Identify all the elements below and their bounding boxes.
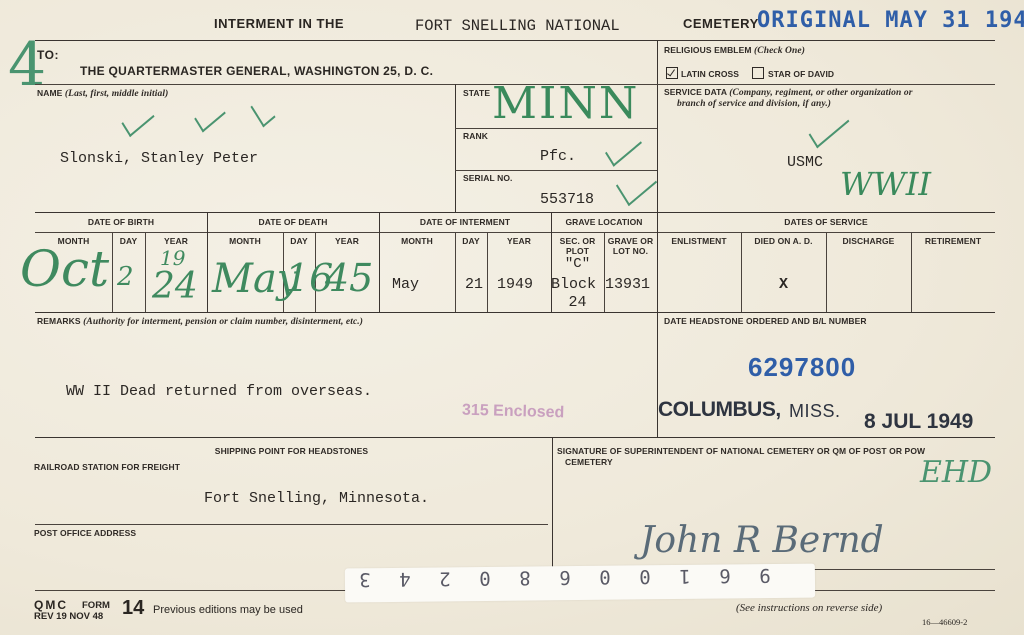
state-value: MINN: [492, 78, 639, 129]
sticker-digit: 3: [345, 568, 385, 590]
check-mark-icon: [809, 108, 850, 149]
railroad-station-label: RAILROAD STATION FOR FREIGHT: [34, 462, 180, 472]
sec-or-plot-col: SEC. ORPLOT: [551, 236, 604, 256]
birth-day-value: 2: [117, 262, 134, 292]
interment-day-value: 21: [465, 276, 483, 293]
check-mark-icon: [616, 162, 657, 206]
rank-label: RANK: [463, 131, 488, 141]
signature-label: SIGNATURE OF SUPERINTENDENT OF NATIONAL …: [557, 446, 925, 456]
death-day-col: DAY: [283, 236, 315, 246]
interment-month-col: MONTH: [379, 236, 455, 246]
sticker-digit: 0: [585, 566, 625, 588]
grave-block-number: 24: [551, 294, 604, 311]
instructions-note: (See instructions on reverse side): [736, 602, 882, 614]
railroad-station-value: Fort Snelling, Minnesota.: [204, 490, 429, 507]
interment-year-col: YEAR: [487, 236, 551, 246]
to-label: TO:: [37, 48, 59, 62]
interment-year-value: 1949: [497, 276, 533, 293]
interment-form-card: INTERMENT IN THE FORT SNELLING NATIONAL …: [0, 0, 1024, 635]
reference-number-sticker: 34208600169: [345, 564, 815, 603]
interment-month-value: May: [392, 276, 419, 293]
grave-section-value: "C": [551, 256, 604, 272]
service-data-label-note: branch of service and division, if any.): [677, 98, 831, 109]
remarks-label: REMARKS (Authority for interment, pensio…: [37, 316, 363, 327]
date-of-death-label: DATE OF DEATH: [207, 217, 379, 227]
shipping-point-label: SHIPPING POINT FOR HEADSTONES: [35, 446, 548, 456]
headstone-state: MISS.: [789, 401, 841, 422]
birth-month-value: Oct: [20, 240, 109, 298]
check-mark-icon: [121, 103, 154, 137]
state-label: STATE: [463, 88, 490, 98]
retirement-col: RETIREMENT: [911, 236, 995, 246]
dates-of-service-label: DATES OF SERVICE: [657, 217, 995, 227]
superintendent-signature: John R Bernd: [640, 520, 884, 561]
death-month-col: MONTH: [207, 236, 283, 246]
sticker-digit: 6: [545, 566, 585, 588]
rank-value: Pfc.: [540, 148, 576, 165]
print-code: 16—46609-2: [922, 617, 967, 627]
header-suffix: CEMETERY: [683, 16, 759, 31]
headstone-city: COLUMBUS,: [658, 398, 781, 422]
star-of-david-label: STAR OF DAVID: [768, 69, 834, 79]
sticker-digit: 0: [625, 565, 665, 587]
bl-number: 6297800: [748, 352, 856, 383]
latin-cross-checkbox[interactable]: [666, 67, 678, 79]
headstone-label: DATE HEADSTONE ORDERED AND B/L NUMBER: [664, 316, 867, 326]
birth-year-col: YEAR: [145, 236, 207, 246]
grave-lot-value: 13931: [605, 276, 650, 293]
check-mark-icon: [194, 100, 226, 133]
name-label: NAME (Last, first, middle initial): [37, 88, 168, 99]
check-mark-icon: [250, 97, 275, 128]
cemetery-name: FORT SNELLING NATIONAL: [415, 17, 620, 35]
sticker-digit: 0: [465, 567, 505, 589]
check-mark-icon: [605, 129, 642, 166]
name-value: Slonski, Stanley Peter: [60, 150, 258, 167]
birth-year-value: 24: [152, 266, 198, 307]
service-handwritten-wwii: WWII: [840, 165, 931, 203]
discharge-col: DISCHARGE: [826, 236, 911, 246]
service-data-label: SERVICE DATA (Company, regiment, or othe…: [664, 87, 913, 98]
post-office-label: POST OFFICE ADDRESS: [34, 528, 136, 538]
birth-day-col: DAY: [112, 236, 145, 246]
sticker-digit: 4: [385, 568, 425, 590]
original-date-stamp: ORIGINAL MAY 31 1949: [757, 8, 1024, 33]
service-data-value: USMC: [787, 154, 823, 171]
date-of-birth-label: DATE OF BIRTH: [35, 217, 207, 227]
sticker-digit: 1: [665, 565, 705, 587]
header-prefix: INTERMENT IN THE: [214, 16, 344, 31]
enclosed-stamp: 315 Enclosed: [462, 402, 565, 423]
grave-location-label: GRAVE LOCATION: [551, 217, 657, 227]
latin-cross-label: LATIN CROSS: [681, 69, 739, 79]
enlistment-col: ENLISTMENT: [657, 236, 741, 246]
date-of-interment-label: DATE OF INTERMENT: [379, 217, 551, 227]
headstone-date: 8 JUL 1949: [864, 410, 973, 434]
sticker-digit: 9: [745, 564, 785, 586]
sticker-digit: 8: [505, 566, 545, 588]
religious-emblem-label: RELIGIOUS EMBLEM (Check One): [664, 45, 805, 56]
form-number: 14: [122, 597, 144, 620]
form-qmc: QMC: [34, 598, 68, 612]
previous-editions-note: Previous editions may be used: [153, 604, 303, 616]
sticker-digit: 6: [705, 564, 745, 586]
form-revision: REV 19 NOV 48: [34, 611, 103, 622]
died-on-ad-col: DIED ON A. D.: [741, 236, 826, 246]
death-year-col: YEAR: [315, 236, 379, 246]
grave-block-value: Block: [551, 276, 596, 293]
serial-value: 553718: [540, 191, 594, 208]
died-on-ad-value: X: [741, 276, 826, 293]
signature-label-2: CEMETERY: [565, 457, 613, 467]
serial-label: SERIAL NO.: [463, 173, 513, 183]
remarks-value: WW II Dead returned from overseas.: [66, 383, 372, 400]
grave-or-lot-col: GRAVE ORLOT NO.: [604, 236, 657, 256]
form-word: FORM: [82, 600, 110, 611]
addressee: THE QUARTERMASTER GENERAL, WASHINGTON 25…: [80, 64, 433, 78]
interment-day-col: DAY: [455, 236, 487, 246]
death-year-value: 45: [325, 256, 373, 300]
sticker-digit: 2: [425, 567, 465, 589]
initials-ehd: EHD: [920, 455, 992, 490]
star-of-david-checkbox[interactable]: [752, 67, 764, 79]
